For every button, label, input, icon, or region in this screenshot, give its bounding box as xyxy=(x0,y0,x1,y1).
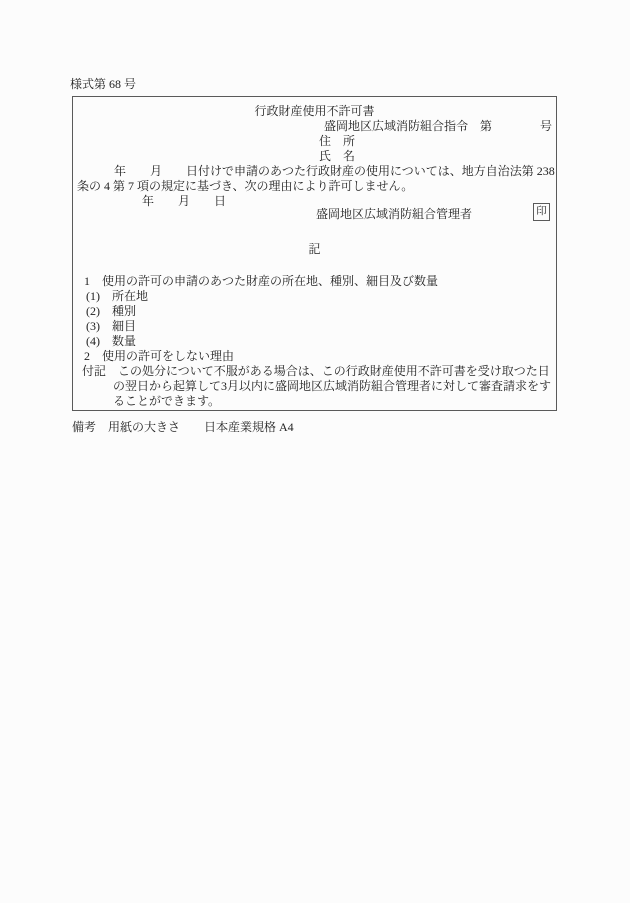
issue-date-line: 年 月 日 xyxy=(142,195,226,207)
list-subitem-category: (2) 種別 xyxy=(86,305,136,317)
address-label: 住 所 xyxy=(319,135,355,147)
list-subitem-detail: (3) 細目 xyxy=(86,320,136,332)
paper-size-remarks: 備考 用紙の大きさ 日本産業規格 A4 xyxy=(72,421,294,433)
seal-stamp-placeholder: 印 xyxy=(533,203,550,221)
directive-number-line: 盛岡地区広域消防組合指令 第 号 xyxy=(324,120,552,132)
document-border-box: 行政財産使用不許可書 盛岡地区広域消防組合指令 第 号 住 所 氏 名 年 月 … xyxy=(72,96,557,411)
list-subitem-quantity: (4) 数量 xyxy=(86,335,136,347)
document-title: 行政財産使用不許可書 xyxy=(73,105,556,117)
application-statement-line-2: 条の 4 第 7 項の規定に基づき、次の理由により許可しません。 xyxy=(77,180,413,192)
list-subitem-location: (1) 所在地 xyxy=(86,290,148,302)
form-number-label: 様式第 68 号 xyxy=(70,78,136,90)
list-item-1: 1 使用の許可の申請のあつた財産の所在地、種別、細目及び数量 xyxy=(84,275,438,287)
application-statement-line-1: 年 月 日付けで申請のあつた行政財産の使用については、地方自治法第 238 xyxy=(114,165,555,177)
appendix-line-2: の翌日から起算して3月以内に盛岡地区広域消防組合管理者に対して審査請求をす xyxy=(113,380,551,392)
issuer-name: 盛岡地区広域消防組合管理者 xyxy=(316,208,472,220)
record-heading: 記 xyxy=(73,243,556,255)
list-item-2: 2 使用の許可をしない理由 xyxy=(84,350,234,362)
name-label: 氏 名 xyxy=(319,150,355,162)
document-page: 様式第 68 号 行政財産使用不許可書 盛岡地区広域消防組合指令 第 号 住 所… xyxy=(0,0,630,903)
appendix-line-3: ることができます。 xyxy=(113,395,220,407)
appendix-line-1: 付記 この処分について不服がある場合は、この行政財産使用不許可書を受け取つた日 xyxy=(82,365,550,377)
